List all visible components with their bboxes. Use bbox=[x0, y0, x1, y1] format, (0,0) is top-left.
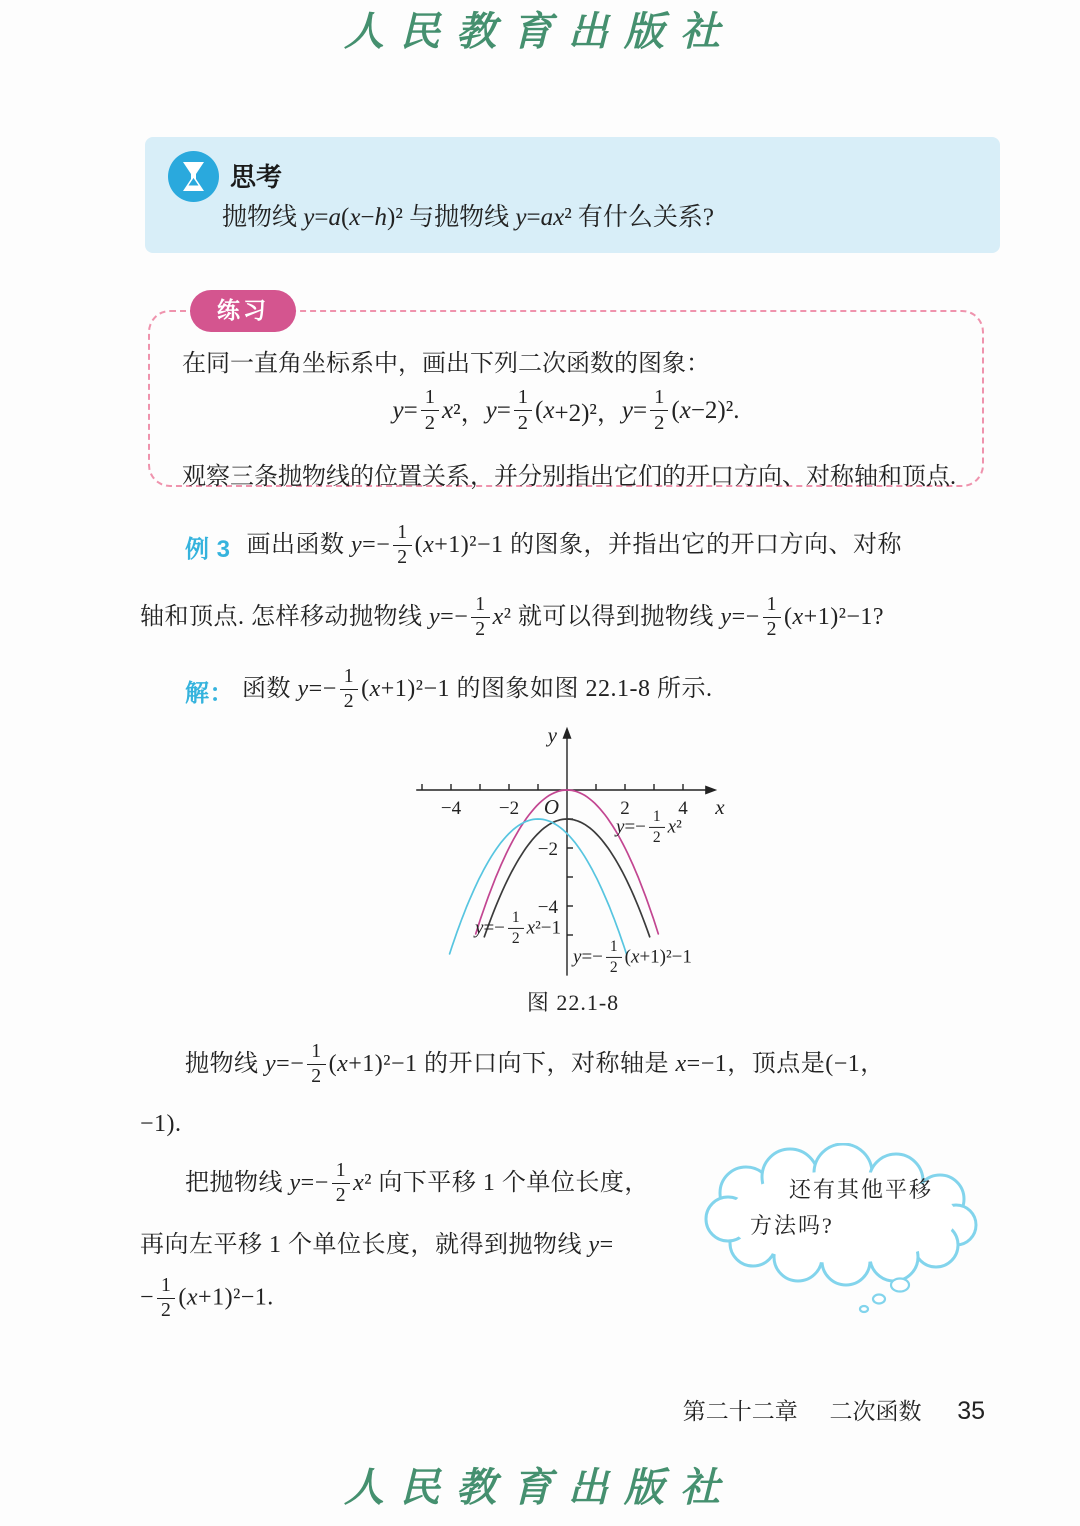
thought-bubble: 还有其他平移 方法吗? bbox=[698, 1143, 998, 1318]
practice-outro: 观察三条抛物线的位置关系，并分别指出它们的开口方向、对称轴和顶点. bbox=[182, 456, 956, 491]
publisher-calligraphy-bottom: 人民教育出版社 bbox=[0, 1468, 1080, 1508]
example-tag: 例 3 bbox=[140, 529, 231, 564]
figure-caption: 图 22.1-8 bbox=[415, 986, 731, 1017]
footer-page-number: 35 bbox=[957, 1397, 985, 1425]
example-line2: 轴和顶点. 怎样移动抛物线 y=−12x² 就可以得到抛物线 y=−12(x+1… bbox=[140, 596, 884, 641]
hourglass-icon bbox=[167, 150, 220, 203]
curve-label-cyan: y=−12(x+1)²−1 bbox=[573, 940, 692, 976]
think-box-title: 思考 bbox=[230, 157, 282, 194]
svg-text:−2: −2 bbox=[499, 798, 519, 819]
curve-label-black: y=−12x²−1 bbox=[475, 911, 561, 947]
svg-text:−2: −2 bbox=[538, 839, 558, 860]
textbook-page: 人民教育出版社 思考 抛物线 y=a(x−h)² 与抛物线 y=ax² 有什么关… bbox=[0, 0, 1080, 1526]
practice-box: 练习 在同一直角坐标系中，画出下列二次函数的图象： y=12x²， y=12(x… bbox=[148, 310, 984, 487]
figure-22-1-8: −4−224−2−4Oxy y=−12x² y=−12x²−1 y=−12(x+… bbox=[415, 728, 731, 1028]
curve-label-magenta: y=−12x² bbox=[616, 810, 682, 846]
svg-text:y: y bbox=[546, 723, 558, 747]
example-3: 例 3 画出函数 y=−12(x+1)²−1 的图象，并指出它的开口方向、对称 … bbox=[140, 511, 1020, 725]
para-vertex-line2: −1). bbox=[140, 1111, 182, 1138]
think-box: 思考 抛物线 y=a(x−h)² 与抛物线 y=ax² 有什么关系? bbox=[145, 137, 1000, 253]
para-translate-line3: −12(x+1)²−1. bbox=[140, 1277, 274, 1321]
footer-section: 二次函数 bbox=[829, 1399, 921, 1424]
solution-tag: 解： bbox=[140, 673, 234, 708]
svg-text:x: x bbox=[714, 795, 725, 819]
think-box-body: 抛物线 y=a(x−h)² 与抛物线 y=ax² 有什么关系? bbox=[222, 197, 714, 233]
thought-bubble-cloud bbox=[698, 1143, 998, 1318]
practice-formula: y=12x²， y=12(x+2)²， y=12(x−2)². bbox=[150, 378, 982, 444]
paragraph-translate: 把抛物线 y=−12x² 向下平移 1 个单位长度， 再向左平移 1 个单位长度… bbox=[140, 1148, 720, 1336]
paragraph-vertex: 抛物线 y=−12(x+1)²−1 的开口向下，对称轴是 x=−1，顶点是(−1… bbox=[140, 1028, 1020, 1146]
svg-text:−4: −4 bbox=[441, 798, 462, 819]
practice-intro: 在同一直角坐标系中，画出下列二次函数的图象： bbox=[182, 343, 710, 378]
footer-chapter: 第二十二章 bbox=[683, 1399, 798, 1424]
bubble-text-line1: 还有其他平移 bbox=[698, 1173, 998, 1204]
practice-label-pill: 练习 bbox=[190, 290, 296, 332]
bubble-text-line2: 方法吗? bbox=[750, 1209, 834, 1240]
example-line1: 画出函数 y=−12(x+1)²−1 的图象，并指出它的开口方向、对称 bbox=[247, 524, 903, 569]
solution-text: 函数 y=−12(x+1)²−1 的图象如图 22.1-8 所示. bbox=[242, 668, 712, 713]
page-footer: 第二十二章 二次函数 35 bbox=[140, 1393, 985, 1426]
para-translate-line1: 把抛物线 y=−12x² 向下平移 1 个单位长度， bbox=[185, 1162, 649, 1207]
para-translate-line2: 再向左平移 1 个单位长度，就得到抛物线 y= bbox=[140, 1224, 614, 1259]
para-vertex-line1: 抛物线 y=−12(x+1)²−1 的开口向下，对称轴是 x=−1，顶点是(−1… bbox=[185, 1043, 885, 1088]
publisher-calligraphy-top: 人民教育出版社 bbox=[0, 12, 1080, 52]
